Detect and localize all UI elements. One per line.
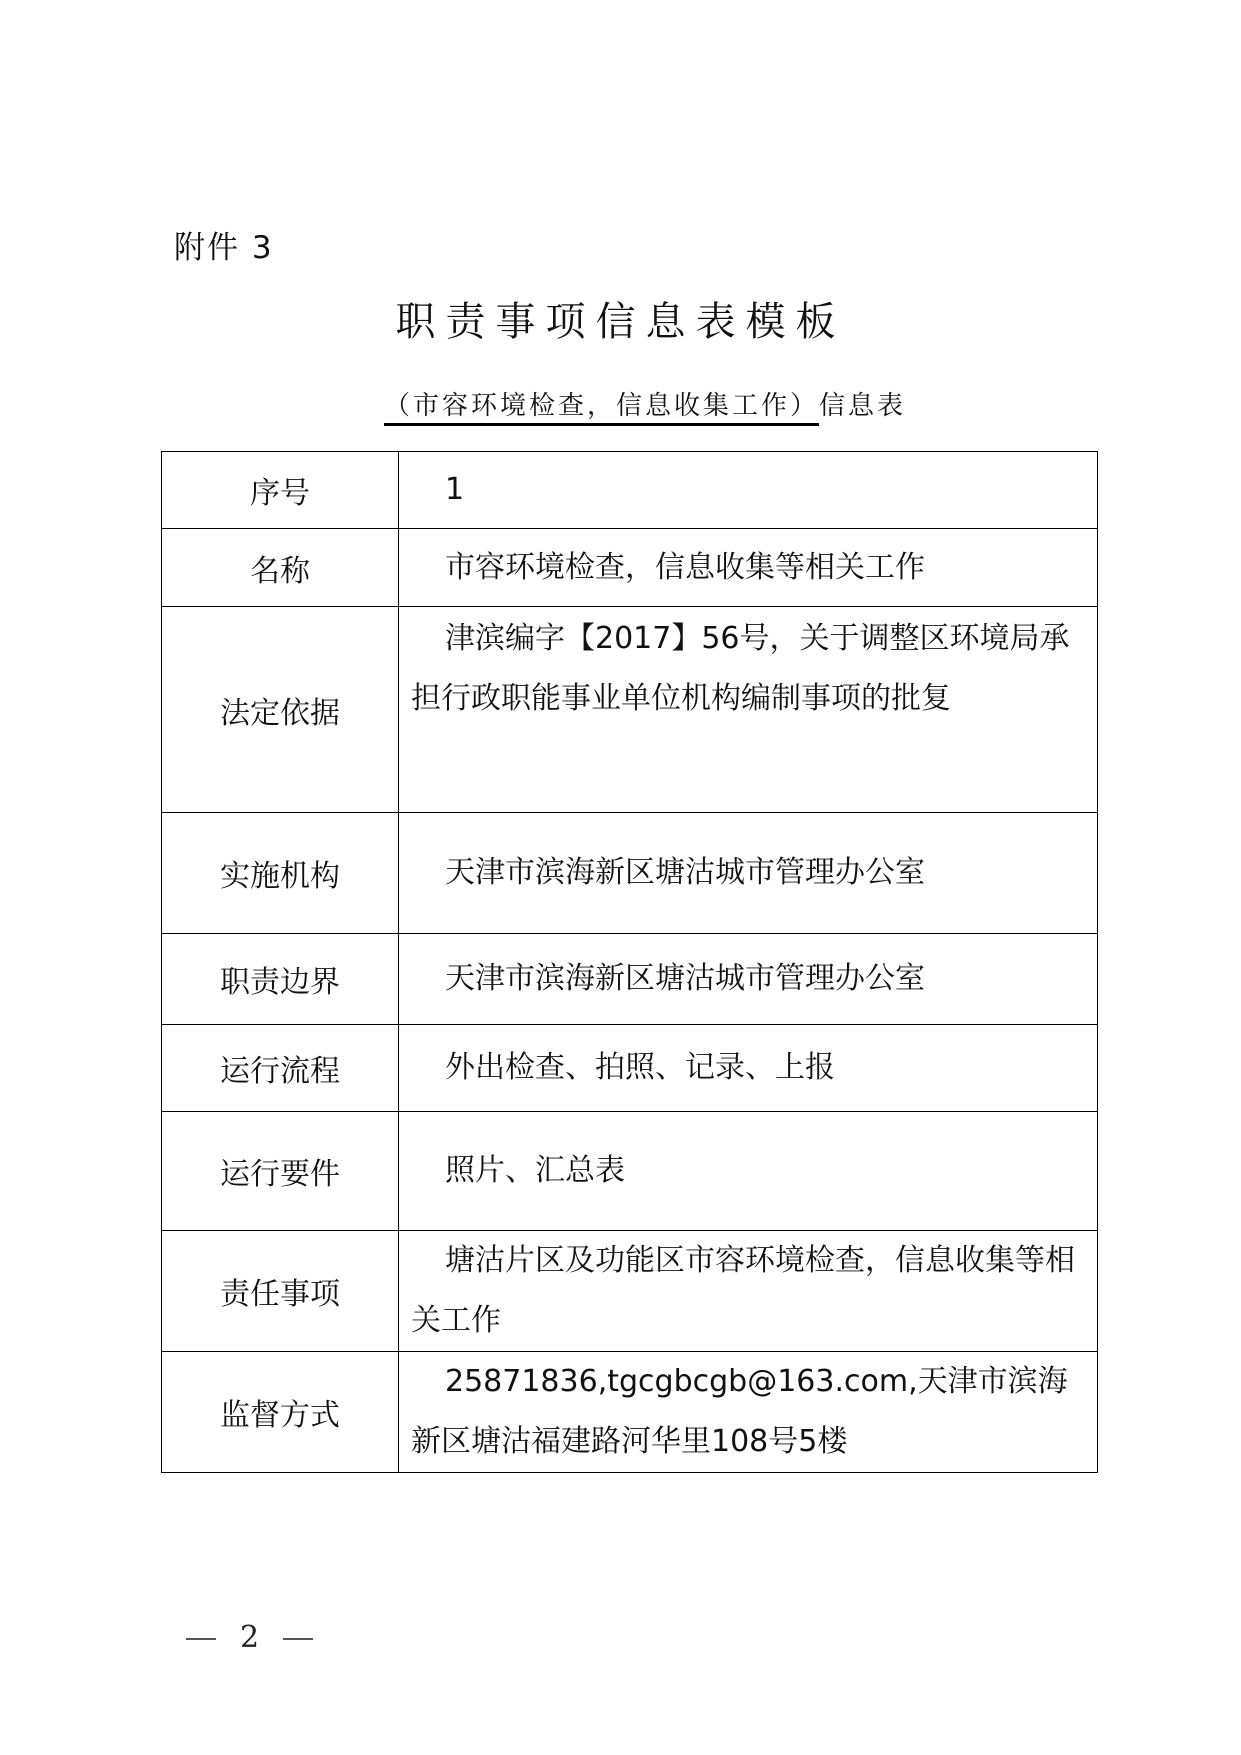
row-value: 照片、汇总表	[399, 1112, 1098, 1231]
table-row: 序号 1	[162, 452, 1098, 529]
row-label: 运行要件	[162, 1112, 399, 1231]
row-value: 天津市滨海新区塘沽城市管理办公室	[399, 934, 1098, 1025]
subtitle-underlined: （市容环境检查，信息收集工作）	[384, 391, 819, 426]
table-row: 名称 市容环境检查，信息收集等相关工作	[162, 529, 1098, 607]
row-value: 津滨编字【2017】56号，关于调整区环境局承担行政职能事业单位机构编制事项的批…	[399, 607, 1098, 813]
row-value: 外出检查、拍照、记录、上报	[399, 1025, 1098, 1112]
dash-left	[186, 1638, 216, 1640]
table-row: 法定依据 津滨编字【2017】56号，关于调整区环境局承担行政职能事业单位机构编…	[162, 607, 1098, 813]
row-value: 市容环境检查，信息收集等相关工作	[399, 529, 1098, 607]
table-row: 责任事项 塘沽片区及功能区市容环境检查，信息收集等相关工作	[162, 1231, 1098, 1352]
attachment-label: 附件 3	[174, 222, 274, 267]
table-row: 运行要件 照片、汇总表	[162, 1112, 1098, 1231]
dash-right	[283, 1638, 313, 1640]
table-row: 监督方式 25871836,tgcgbcgb@163.com,天津市滨海新区塘沽…	[162, 1352, 1098, 1473]
table-subtitle: （市容环境检查，信息收集工作）信息表	[384, 385, 906, 422]
row-label: 职责边界	[162, 934, 399, 1025]
row-value: 25871836,tgcgbcgb@163.com,天津市滨海新区塘沽福建路河华…	[399, 1352, 1098, 1473]
row-value: 塘沽片区及功能区市容环境检查，信息收集等相关工作	[399, 1231, 1098, 1352]
row-label: 实施机构	[162, 813, 399, 934]
page-title: 职责事项信息表模板	[0, 290, 1241, 347]
row-value: 天津市滨海新区塘沽城市管理办公室	[399, 813, 1098, 934]
table-row: 运行流程 外出检查、拍照、记录、上报	[162, 1025, 1098, 1112]
row-label: 责任事项	[162, 1231, 399, 1352]
row-label: 运行流程	[162, 1025, 399, 1112]
page-number: 2	[162, 1620, 337, 1655]
row-label: 序号	[162, 452, 399, 529]
table-row: 职责边界 天津市滨海新区塘沽城市管理办公室	[162, 934, 1098, 1025]
row-label: 法定依据	[162, 607, 399, 813]
row-label: 名称	[162, 529, 399, 607]
row-value: 1	[399, 452, 1098, 529]
duty-info-table: 序号 1 名称 市容环境检查，信息收集等相关工作 法定依据 津滨编字【2017】…	[161, 451, 1098, 1473]
row-label: 监督方式	[162, 1352, 399, 1473]
subtitle-suffix: 信息表	[819, 391, 906, 421]
table-row: 实施机构 天津市滨海新区塘沽城市管理办公室	[162, 813, 1098, 934]
